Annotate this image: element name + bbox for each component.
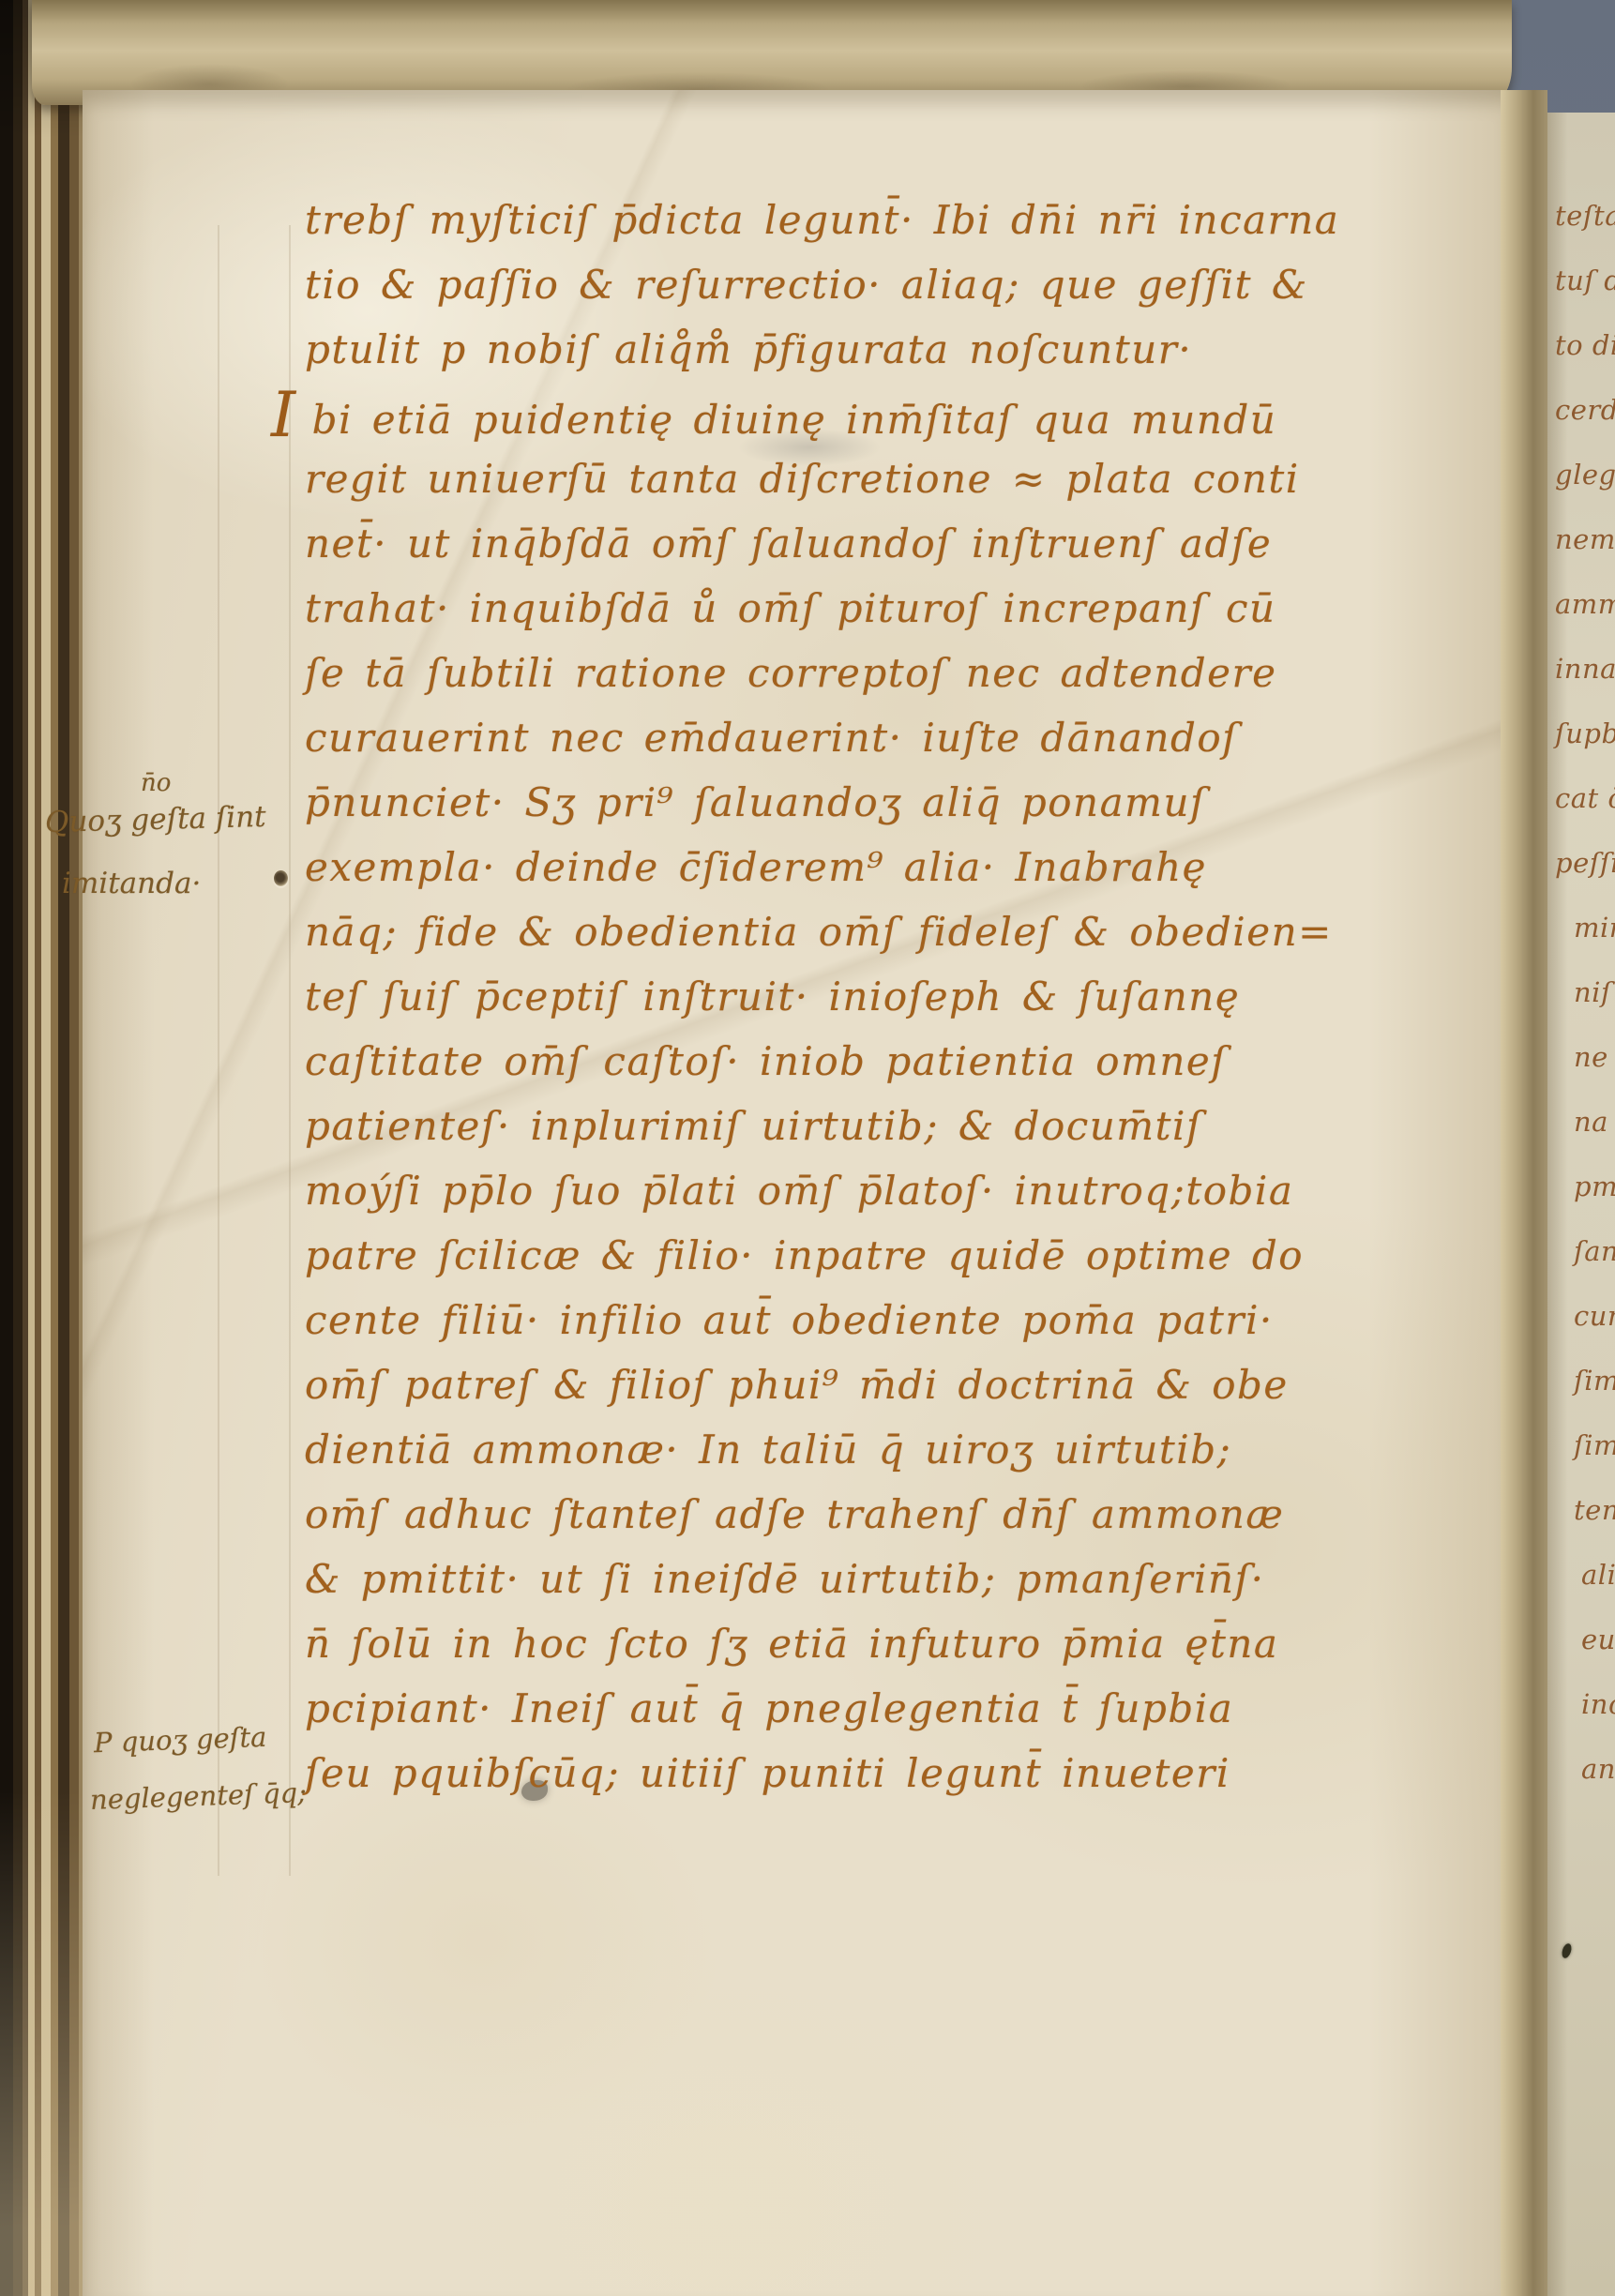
- facing-page-text-line: anti: [1581, 1737, 1615, 1802]
- text-line: moýſi pp̄lo ſuo p̄lati om̄ſ p̄latoſ· inu…: [305, 1158, 1524, 1223]
- text-line: ptulit p nobiſ aliq̊m̊ p̄figurata noſcun…: [305, 317, 1524, 382]
- ruling-line: [289, 225, 291, 1876]
- ruling-line: [218, 225, 219, 1876]
- text-line: nāq; fide & obedientia om̄ſ fideleſ & ob…: [305, 899, 1524, 964]
- main-text-block: trebſ myſticiſ p̄dicta legunt̄· Ibi dn̄i…: [305, 188, 1524, 1805]
- facing-page-text-line: tuſ dedm̄ n̄: [1555, 249, 1615, 313]
- text-line: n̄ ſolū in hoc ſcto ſʒ etiā infuturo p̄m…: [305, 1611, 1524, 1676]
- facing-page-text-line: niſ re: [1574, 960, 1615, 1025]
- facing-page-text-line: peſſimę ſ: [1555, 831, 1615, 896]
- parchment-hole: [274, 870, 288, 886]
- facing-page-text-line: glegenteſ d: [1555, 443, 1615, 507]
- facing-page-text-line: euene: [1581, 1608, 1615, 1672]
- facing-page-text-line: ne qu: [1574, 1025, 1615, 1090]
- text-line: regit uniuerſū tanta diſcretione ≈ plata…: [305, 446, 1524, 511]
- text-line: dientiā ammonæ· In taliū q̄ uiroʒ uirtut…: [305, 1417, 1524, 1482]
- initial-letter: I: [271, 385, 297, 446]
- facing-page-text-line: cerdouſ ne: [1555, 378, 1615, 443]
- facing-page-text-line: innabuch: [1555, 637, 1615, 702]
- facing-page-text-line: ſimilia: [1574, 1349, 1615, 1413]
- text-line: teſ ſuiſ p̄ceptiſ inſtruit· inioſeph & ſ…: [305, 964, 1524, 1029]
- facing-page-text-line: cat c̄opri: [1555, 766, 1615, 831]
- text-line: om̄ſ adhuc ſtanteſ adſe trahenſ dn̄ſ amm…: [305, 1482, 1524, 1547]
- text-line: om̄ſ patreſ & filioſ phui⁹ m̄di doctrinā…: [305, 1352, 1524, 1417]
- text-line: patre ſcilicæ & filio· inpatre quidē opt…: [305, 1223, 1524, 1288]
- manuscript-photo: trebſ myſticiſ p̄dicta legunt̄· Ibi dn̄i…: [0, 0, 1615, 2296]
- facing-page-text-line: incip: [1581, 1672, 1615, 1737]
- facing-page-text-line: ſannā: [1574, 1219, 1615, 1284]
- facing-page-text-line: mine: [1574, 896, 1615, 960]
- facing-page-text-line: teſtam̄ ori: [1555, 184, 1615, 249]
- text-line: curauerint nec em̄dauerint· iuſte dānand…: [305, 705, 1524, 770]
- text-line: trebſ myſticiſ p̄dicta legunt̄· Ibi dn̄i…: [305, 188, 1524, 252]
- text-line: patienteſ· inplurimiſ uirtutib; & docum̄…: [305, 1094, 1524, 1158]
- facing-page-text-line: ſimilē: [1574, 1413, 1615, 1478]
- facing-page-text-column: teſtam̄ ori tuſ dedm̄ n̄ to di iudica ce…: [1555, 184, 1615, 1802]
- text-line: ſe tā ſubtili ratione correptoſ nec adte…: [305, 641, 1524, 705]
- margin-note-neglegentes-line1: P quoʒ geſta: [93, 1721, 266, 1759]
- facing-page-text-line: nemū fili: [1555, 507, 1615, 572]
- text-line: & pmittit· ut ſi ineiſdē uirtutib; pmanſ…: [305, 1547, 1524, 1611]
- margin-note-sigla: n̄o: [141, 769, 171, 797]
- text-line: p̄nunciet· Sʒ pri⁹ ſaluandoʒ aliq̄ ponam…: [305, 770, 1524, 835]
- facing-page-text-line: na me: [1574, 1090, 1615, 1155]
- facing-page-text-line: cunctiſ: [1574, 1284, 1615, 1349]
- text-line: caſtitate om̄ſ caſtoſ· iniob patientia o…: [305, 1029, 1524, 1094]
- facing-page-text-line: tentia: [1574, 1478, 1615, 1543]
- margin-note-imitanda-line2: imitanda·: [62, 867, 201, 900]
- facing-page-text-line: alia q: [1581, 1543, 1615, 1608]
- facing-page-text-line: ammonet: [1555, 572, 1615, 637]
- text-line: tio & paſſio & reſurrectio· aliaq; que g…: [305, 252, 1524, 317]
- margin-note-imitanda-line1: Quoʒ geſta ſint: [45, 800, 267, 839]
- text-line: Ibi etiā puidentię diuinę inm̄ſitaſ qua …: [305, 382, 1524, 446]
- text-line: ſeu pquibſcūq; uitiiſ puniti legunt̄ inu…: [305, 1741, 1524, 1805]
- facing-page-text-line: pmitt: [1574, 1155, 1615, 1219]
- text-line: net̄· ut inq̄bſdā om̄ſ ſaluandoſ inſtrue…: [305, 511, 1524, 576]
- text-line: pcipiant· Ineiſ aut̄ q̄ pneglegentia t̄ …: [305, 1676, 1524, 1741]
- text-line: exempla· deinde c̄ſiderem⁹ alia· Inabrah…: [305, 835, 1524, 899]
- text-line-body: bi etiā puidentię diuinę inm̄ſitaſ qua m…: [312, 397, 1277, 443]
- facing-page-text-line: ſupbiſſim: [1555, 702, 1615, 766]
- facing-page-text-line: to di iudica: [1555, 313, 1615, 378]
- text-line: trahat· inquibſdā ů om̄ſ pituroſ increpa…: [305, 576, 1524, 641]
- book-spine-edge: [0, 0, 90, 2296]
- text-line: cente filiū· infilio aut̄ obediente pom̄…: [305, 1288, 1524, 1352]
